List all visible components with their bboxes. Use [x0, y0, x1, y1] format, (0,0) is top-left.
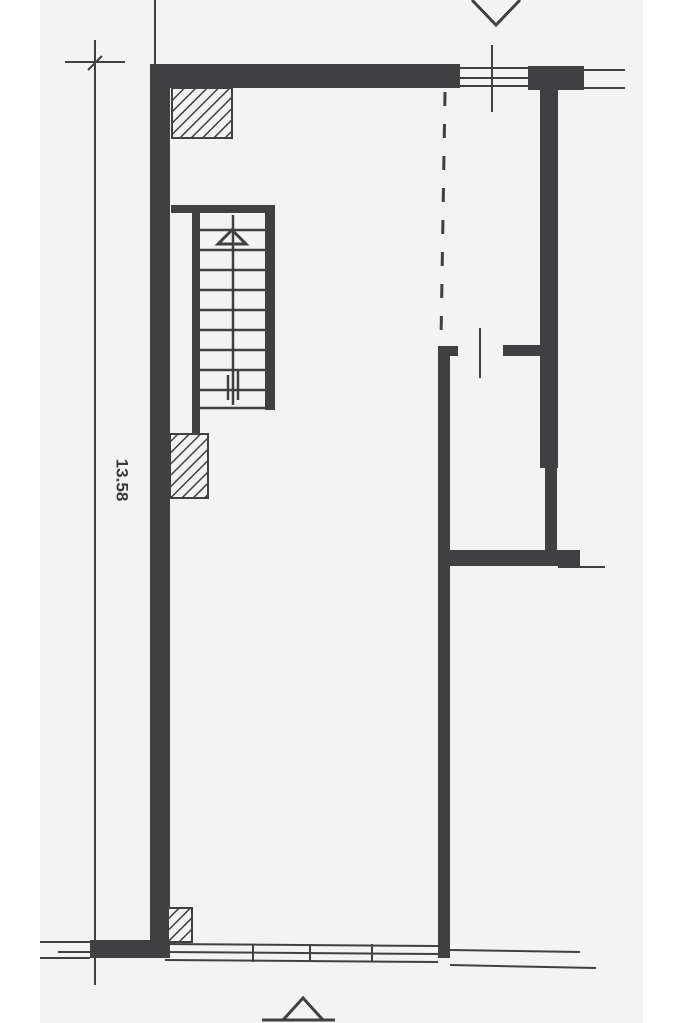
- dimension-line: [65, 40, 125, 985]
- top-wall: [150, 64, 460, 88]
- left-wall: [150, 64, 170, 958]
- dimension-label: 13.58: [111, 459, 131, 502]
- section-marker-bottom-icon: [262, 998, 335, 1020]
- center-wall: [438, 346, 450, 958]
- floor-plan: 13.58: [0, 0, 683, 1023]
- section-marker-top-icon: [472, 0, 520, 25]
- plan-drawing: [0, 0, 683, 1023]
